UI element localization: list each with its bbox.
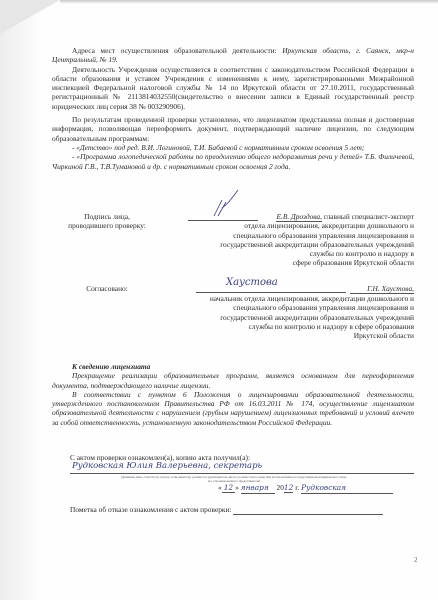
approval-title-line1: начальник отдела лицензирования, аккреди… <box>160 294 414 303</box>
inspector-label-line2: проводившего проверку: <box>52 221 162 230</box>
approval-details: начальник отдела лицензирования, аккреди… <box>160 294 414 340</box>
approval-title-line5: Иркутской области <box>160 331 414 340</box>
notice-paragraph-2: В соответствии с пунктом 6 Положения о л… <box>52 390 414 427</box>
date-close-quote: » <box>235 483 239 492</box>
date-day: 12 <box>222 483 235 493</box>
acknowledgement-name-line: Рудковская Юлия Валерьевна, секретарь <box>70 462 414 474</box>
document-page: Адреса мест осуществления образовательно… <box>0 0 438 600</box>
date-month: января <box>241 483 275 493</box>
acknowledgement-block: С актом проверки ознакомлен(а), копию ак… <box>70 453 414 515</box>
page-number: 2 <box>414 556 418 564</box>
refusal-line <box>233 506 383 515</box>
inspector-label-line1: Подпись лица, <box>52 212 162 221</box>
scan-folded-corner <box>0 0 60 34</box>
acknowledgement-date-row: «12» января 2012 г. Рудковская <box>70 483 414 495</box>
year-prefix: 20 <box>277 483 284 492</box>
year-suffix: 12 <box>284 483 293 493</box>
inspector-details: Е.В. Дроздова, главный специалист-экспер… <box>180 212 414 268</box>
address-paragraph: Адреса мест осуществления образовательно… <box>52 46 414 65</box>
address-label: Адреса мест осуществления образовательно… <box>72 46 282 55</box>
program-2: - «Программа логопедической работы по пр… <box>52 152 414 171</box>
scan-edge-shadow <box>0 0 60 600</box>
inspector-title-line2: отдела лицензирования, аккредитации дошк… <box>180 221 414 230</box>
approval-label: Согласовано: <box>52 284 162 293</box>
refusal-label: Пометка об отказе ознакомления с актом п… <box>70 505 232 514</box>
activity-paragraph: Деятельность Учреждения осуществляется в… <box>52 65 414 111</box>
licensee-notice: К сведению лицензиата Прекращение реализ… <box>52 362 414 427</box>
approval-title-line2: специального образования управления лице… <box>160 303 414 312</box>
results-paragraph: По результатам проведенной проверки уста… <box>52 115 414 143</box>
notice-heading: К сведению лицензиата <box>52 362 414 371</box>
approval-signature: Хаустова <box>226 278 278 287</box>
year-unit: г. <box>295 483 299 492</box>
acknowledgement-signature: Рудковская <box>301 483 393 493</box>
acknowledgement-handwritten-name: Рудковская Юлия Валерьевна, секретарь <box>72 462 262 471</box>
notice-paragraph-1: Прекращение реализации образовательных п… <box>52 371 414 390</box>
inspector-title-line1: главный специалист-эксперт <box>324 212 414 221</box>
body-top: Адреса мест осуществления образовательно… <box>52 46 414 171</box>
inspector-title-line6: сфере образования Иркутской области <box>180 258 414 267</box>
acknowledgement-date: «12» января 2012 г. Рудковская <box>218 483 393 493</box>
scan-top-edge <box>60 0 438 4</box>
acknowledgement-caption: (фамилия, имя, отчество (в случае, если … <box>56 475 412 483</box>
approval-title-line4: службы по контролю и надзору в сфере обр… <box>160 322 414 331</box>
refusal-row: Пометка об отказе ознакомления с актом п… <box>70 505 414 514</box>
inspector-label: Подпись лица, проводившего проверку: <box>52 212 162 231</box>
approval-title-line3: государственной аккредитации образовател… <box>160 313 414 322</box>
inspector-title-line3: специального образования управления лице… <box>180 231 414 240</box>
program-1: - «Детство» под ред. В.И. Логиновой, Т.И… <box>52 143 414 152</box>
inspector-title-line5: службы по контролю и надзору в <box>180 249 414 258</box>
inspector-title-line4: государственной аккредитации образовател… <box>180 240 414 249</box>
approval-name: Г.Н. Хаустова, <box>350 284 414 294</box>
